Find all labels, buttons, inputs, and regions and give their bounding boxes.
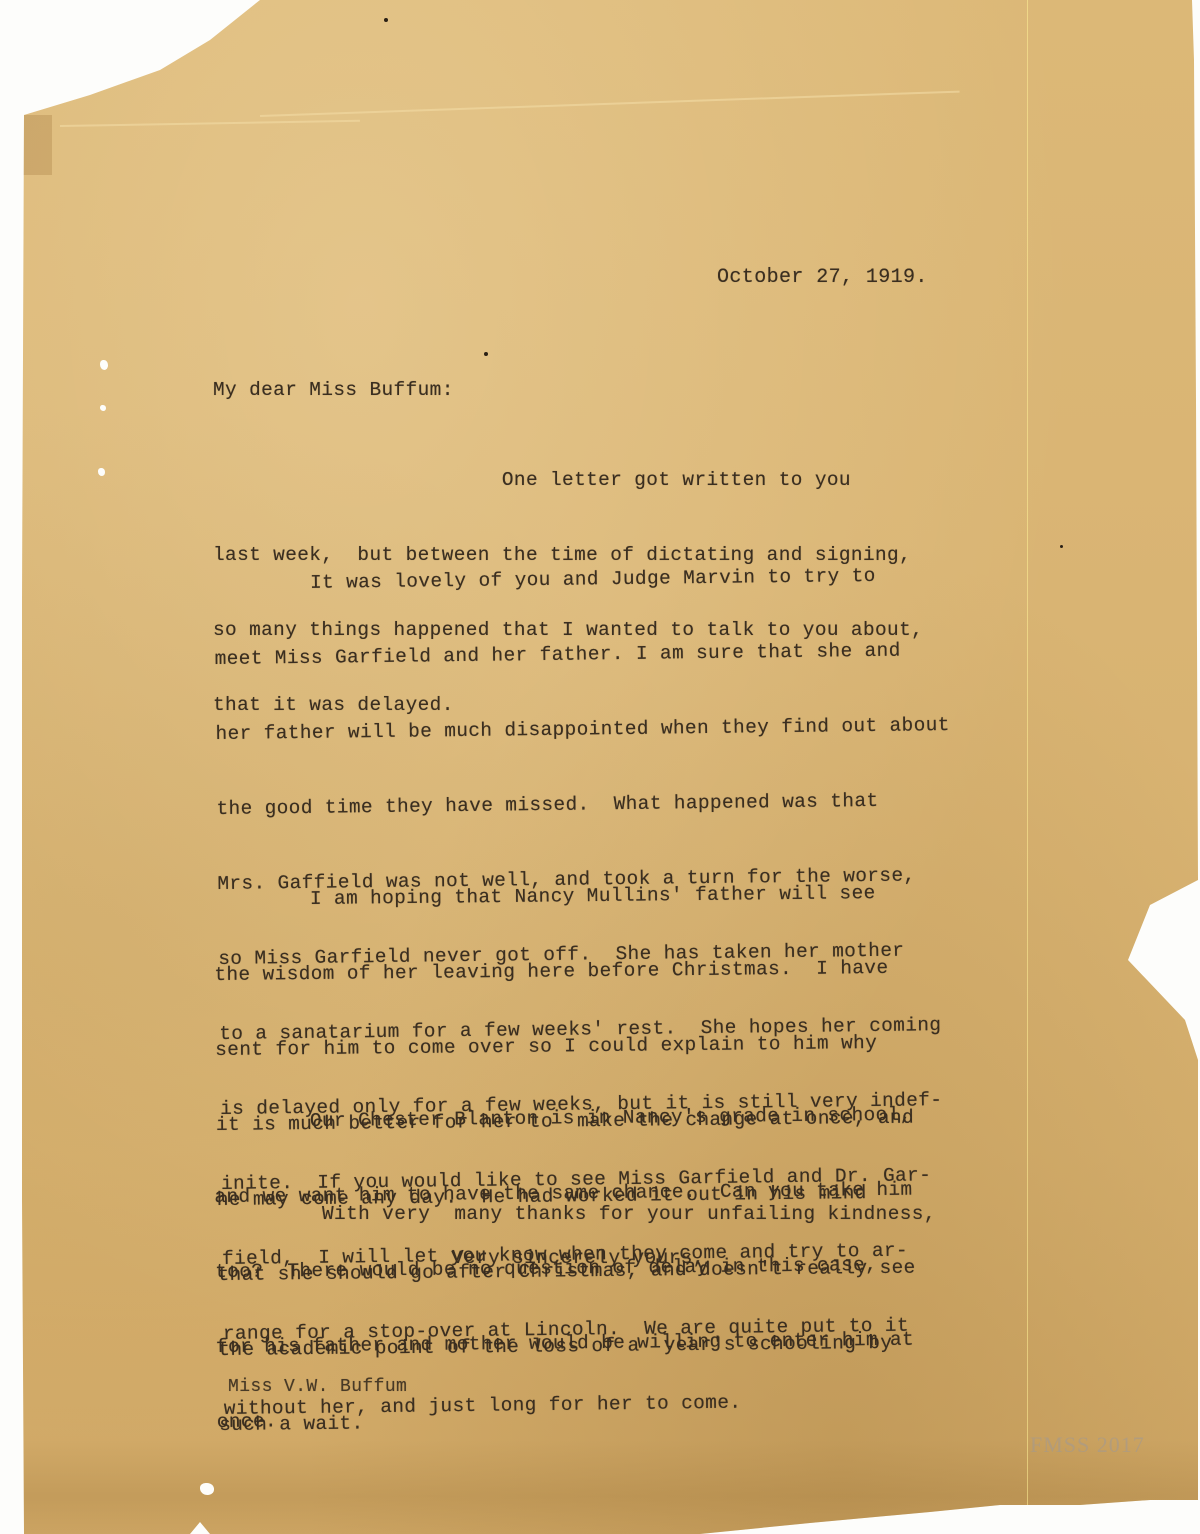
scanned-letter: October 27, 1919. My dear Miss Buffum: O…: [0, 0, 1200, 1534]
text-line: Our Chester Blanton is in Nancy's grade …: [214, 1103, 912, 1135]
crease-line: [260, 91, 960, 117]
torn-hole: [200, 1483, 214, 1495]
salutation: My dear Miss Buffum:: [213, 378, 454, 403]
pin-hole: [100, 405, 106, 411]
text-line: for his father and mother would be willi…: [216, 1328, 914, 1360]
text-line: One letter got written to you: [213, 468, 923, 493]
ink-speck: [1060, 545, 1063, 548]
closing-line: With very many thanks for your unfailing…: [322, 1202, 936, 1227]
text-line: meet Miss Garfield and her father. I am …: [215, 638, 949, 672]
ink-speck: [484, 352, 488, 356]
pin-hole: [98, 468, 105, 476]
scan-artifact-line: [1027, 0, 1028, 1534]
text-line: the good time they have missed. What hap…: [216, 788, 950, 822]
letter-date: October 27, 1919.: [717, 265, 928, 290]
text-line: once.: [217, 1403, 915, 1435]
text-line: It was lovely of you and Judge Marvin to…: [214, 563, 948, 597]
text-line: the wisdom of her leaving here before Ch…: [214, 956, 912, 988]
pin-hole: [100, 360, 108, 370]
crease-line: [60, 120, 360, 127]
recipient-address: Miss V.W. Buffum: [228, 1375, 407, 1400]
folded-corner: [22, 115, 52, 175]
text-line: I am hoping that Nancy Mullins' father w…: [214, 881, 912, 913]
ink-speck: [384, 18, 388, 22]
archive-watermark: FMSS 2017: [1030, 1432, 1145, 1458]
text-line: her father will be much disappointed whe…: [215, 713, 949, 747]
signoff: Very sincerely yours,: [452, 1246, 705, 1271]
